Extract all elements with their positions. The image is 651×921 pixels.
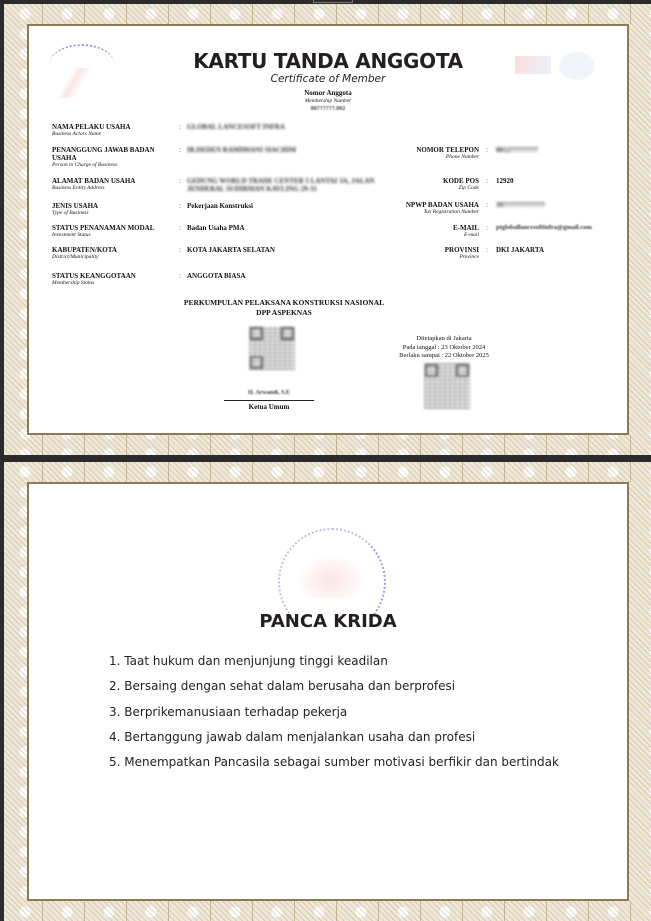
signature-line bbox=[224, 400, 314, 401]
field-tax-number-label: NPWP BADAN USAHATax Registration Number bbox=[359, 201, 479, 216]
signer-role: Ketua Umum bbox=[224, 403, 314, 411]
issued-date: Pada tanggal : 23 Oktober 2024 bbox=[369, 344, 519, 353]
panca-krida-body: PANCA KRIDA 1. Taat hukum dan menjunjung… bbox=[27, 482, 629, 901]
field-district-value: KOTA JAKARTA SELATAN bbox=[187, 246, 275, 254]
panca-krida-list: 1. Taat hukum dan menjunjung tinggi kead… bbox=[109, 652, 559, 778]
aspeknas-watermark-logo bbox=[274, 524, 386, 604]
field-phone-value: 0812???????? bbox=[496, 146, 538, 154]
organization-line2: DPP ASPEKNAS bbox=[159, 308, 409, 318]
organization-line1: PERKUMPULAN PELAKSANA KONSTRUKSI NASIONA… bbox=[159, 298, 409, 308]
membership-number-label: Nomor Anggota bbox=[29, 89, 627, 97]
field-email-label: E-MAILE-mail bbox=[369, 224, 479, 239]
list-item: 1. Taat hukum dan menjunjung tinggi kead… bbox=[109, 652, 559, 677]
field-person-in-charge-value: IR.DEDEN RAMDHANI SIACHIM bbox=[187, 146, 387, 154]
list-item: 5. Menempatkan Pancasila sebagai sumber … bbox=[109, 753, 559, 778]
field-zip-value: 12920 bbox=[496, 177, 514, 185]
list-item: 2. Bersaing dengan sehat dalam berusaha … bbox=[109, 677, 559, 702]
field-province-label: PROVINSIProvince bbox=[369, 246, 479, 261]
issued-place: Ditetapkan di Jakarta bbox=[369, 335, 519, 344]
valid-until: Berlaku sampai : 22 Oktober 2025 bbox=[369, 352, 519, 361]
colon: : bbox=[179, 177, 181, 185]
field-membership-status-label: STATUS KEANGGOTAANMembership Status bbox=[52, 272, 136, 287]
field-investment-status-value: Badan Usaha PMA bbox=[187, 224, 245, 232]
colon: : bbox=[179, 224, 181, 232]
field-membership-status-value: ANGGOTA BIASA bbox=[187, 272, 245, 280]
colon: : bbox=[486, 246, 488, 254]
field-business-type-value: Pekerjaan Konstruksi bbox=[187, 202, 253, 210]
signer-name: H. Arwandi, S.E bbox=[224, 390, 314, 396]
field-business-name-value: GLOBAL LANCESOFT INFRA bbox=[187, 123, 387, 131]
list-item: 3. Berprikemanusiaan terhadap pekerja bbox=[109, 703, 559, 728]
colon: : bbox=[486, 201, 488, 209]
certificate-body: KARTU TANDA ANGGOTA Certificate of Membe… bbox=[27, 24, 629, 435]
field-zip-label: KODE POSZip Code bbox=[369, 177, 479, 192]
certificate-title: KARTU TANDA ANGGOTA bbox=[29, 49, 627, 73]
certificate-subtitle: Certificate of Member bbox=[29, 73, 627, 85]
field-person-in-charge-label: PENANGGUNG JAWAB BADAN USAHAPerson in Ch… bbox=[52, 146, 177, 169]
verification-qr-code bbox=[424, 363, 470, 409]
organization-name: PERKUMPULAN PELAKSANA KONSTRUKSI NASIONA… bbox=[159, 298, 409, 318]
panca-krida-page: PANCA KRIDA 1. Taat hukum dan menjunjung… bbox=[4, 462, 651, 921]
field-province-value: DKI JAKARTA bbox=[496, 246, 544, 254]
colon: : bbox=[179, 123, 181, 131]
colon: : bbox=[179, 202, 181, 210]
field-business-type-label: JENIS USAHAType of Business bbox=[52, 202, 98, 217]
list-item: 4. Bertanggung jawab dalam menjalankan u… bbox=[109, 728, 559, 753]
colon: : bbox=[179, 146, 181, 154]
colon: : bbox=[486, 146, 488, 154]
colon: : bbox=[486, 224, 488, 232]
field-email-value: ptgloballancesoftinfra@gmail.com bbox=[496, 224, 592, 232]
viewer-toolbar-handle[interactable] bbox=[313, 0, 353, 3]
field-phone-label: NOMOR TELEPONPhone Number bbox=[369, 146, 479, 161]
field-business-name-label: NAMA PELAKU USAHABusiness Actors Name bbox=[52, 123, 131, 138]
colon: : bbox=[486, 177, 488, 185]
certificate-page: KARTU TANDA ANGGOTA Certificate of Membe… bbox=[4, 4, 651, 455]
panca-krida-title: PANCA KRIDA bbox=[29, 611, 627, 632]
signature-qr-code bbox=[249, 326, 295, 370]
colon: : bbox=[179, 272, 181, 280]
field-investment-status-label: STATUS PENANAMAN MODALInvestment Status bbox=[52, 224, 154, 239]
field-tax-number-value: 39???????????? bbox=[496, 201, 545, 209]
issuance-info: Ditetapkan di Jakarta Pada tanggal : 23 … bbox=[369, 335, 519, 361]
colon: : bbox=[179, 246, 181, 254]
field-district-label: KABUPATEN/KOTADistrict/Municipality bbox=[52, 246, 117, 261]
membership-number-value: 00??????.002 bbox=[29, 106, 627, 112]
membership-number-sublabel: Membership Number bbox=[29, 98, 627, 104]
field-address-label: ALAMAT BADAN USAHABusiness Entity Addres… bbox=[52, 177, 135, 192]
